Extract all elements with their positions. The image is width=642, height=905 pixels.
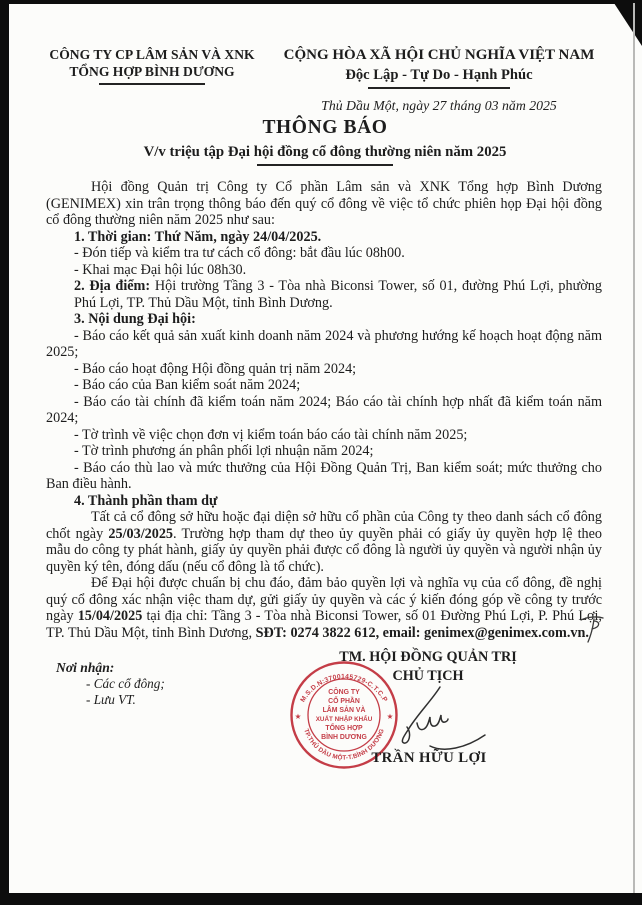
scanned-document-page: CÔNG TY CP LÂM SẢN VÀ XNK TỔNG HỢP BÌNH … [0, 0, 642, 905]
seal-center-line4: XUẤT NHẬP KHẨU [316, 713, 373, 723]
chairman-name: TRẦN HỮU LỢI [348, 750, 510, 767]
contact-info: SĐT: 0274 3822 612, email: genimex@genim… [256, 625, 589, 641]
document-header: CÔNG TY CP LÂM SẢN VÀ XNK TỔNG HỢP BÌNH … [46, 46, 604, 114]
motto-underline [368, 87, 510, 89]
company-underline [99, 83, 205, 85]
seal-star-left-icon: ★ [295, 712, 302, 721]
section3-bullet6: - Tờ trình phương án phân phối lợi nhuận… [46, 443, 602, 460]
seal-center-line3: LÂM SẢN VÀ [323, 705, 366, 714]
section1-heading: 1. Thời gian: Thứ Năm, ngày 24/04/2025. [74, 229, 602, 246]
handwritten-signature [388, 678, 498, 758]
intro-paragraph: Hội đồng Quản trị Công ty Cổ phần Lâm sả… [46, 179, 602, 229]
section4-heading: 4. Thành phần tham dự [74, 493, 602, 510]
subtitle-text: V/v triệu tập Đại hội đồng cổ đông thườn… [144, 144, 507, 160]
handwritten-paraph-mark [579, 611, 605, 645]
section1-item2: - Khai mạc Đại hội lúc 08h30. [46, 262, 602, 279]
section3-bullet5: - Tờ trình về việc chọn đơn vị kiểm toán… [46, 427, 602, 444]
section1-item1: - Đón tiếp và kiểm tra tư cách cổ đông: … [46, 245, 602, 262]
section3-bullet7: - Báo cáo thù lao và mức thưởng của Hội … [46, 460, 602, 493]
document-subtitle: V/v triệu tập Đại hội đồng cổ đông thườn… [46, 144, 604, 166]
section4-paragraph2: Để Đại hội được chuẩn bị chu đáo, đảm bả… [46, 575, 602, 641]
national-motto-line2: Độc Lập - Tự Do - Hạnh Phúc [274, 66, 604, 84]
recipients-block: Nơi nhận: - Các cổ đông; - Lưu VT. [56, 660, 165, 708]
deadline-date: 15/04/2025 [78, 608, 143, 624]
section3-bullet3: - Báo cáo của Ban kiểm soát năm 2024; [46, 377, 602, 394]
seal-center-line6: BÌNH DƯƠNG [321, 732, 367, 741]
record-date: 25/03/2025 [108, 526, 173, 542]
section3-bullet2: - Báo cáo hoạt động Hội đồng quản trị nă… [46, 361, 602, 378]
seal-center-line5: TỔNG HỢP [325, 723, 363, 732]
section3-bullet4: - Báo cáo tài chính đã kiểm toán năm 202… [46, 394, 602, 427]
section3-heading: 3. Nội dung Đại hội: [74, 311, 602, 328]
recipient-item-1: - Các cổ đông; [86, 676, 165, 692]
document-title: THÔNG BÁO [46, 117, 604, 139]
scan-edge-right-line [633, 3, 635, 893]
national-motto-line1: CỘNG HÒA XÃ HỘI CHỦ NGHĨA VIỆT NAM [274, 46, 604, 64]
company-name-line2: TỔNG HỢP BÌNH DƯƠNG [46, 63, 258, 80]
section2-label: 2. Địa điểm: [74, 278, 150, 294]
company-name-line1: CÔNG TY CP LÂM SẢN VÀ XNK [46, 46, 258, 63]
recipient-item-2: - Lưu VT. [86, 692, 165, 708]
company-header: CÔNG TY CP LÂM SẢN VÀ XNK TỔNG HỢP BÌNH … [46, 46, 258, 114]
seal-center-line2: CỔ PHẦN [328, 695, 360, 705]
scan-edge-left [0, 0, 9, 905]
scan-edge-top [0, 0, 642, 4]
subtitle-underline [257, 164, 393, 166]
section4-paragraph1: Tất cả cổ đông sở hữu hoặc đại diện sở h… [46, 509, 602, 575]
section3-bullet1: - Báo cáo kết quả sản xuất kinh doanh nă… [46, 328, 602, 361]
scan-edge-corner-wedge [612, 0, 642, 46]
section2-paragraph: 2. Địa điểm: Hội trường Tầng 3 - Tòa nhà… [74, 278, 602, 311]
scan-edge-bottom [0, 893, 642, 905]
section2-text: Hội trường Tầng 3 - Tòa nhà Biconsi Towe… [74, 278, 602, 311]
document-body: Hội đồng Quản trị Công ty Cổ phần Lâm sả… [46, 179, 602, 641]
place-date-line: Thủ Dầu Một, ngày 27 tháng 03 năm 2025 [274, 98, 604, 114]
seal-center-line1: CÔNG TY [328, 687, 360, 696]
national-header: CỘNG HÒA XÃ HỘI CHỦ NGHĨA VIỆT NAM Độc L… [274, 46, 604, 114]
recipients-label: Nơi nhận: [56, 660, 165, 676]
